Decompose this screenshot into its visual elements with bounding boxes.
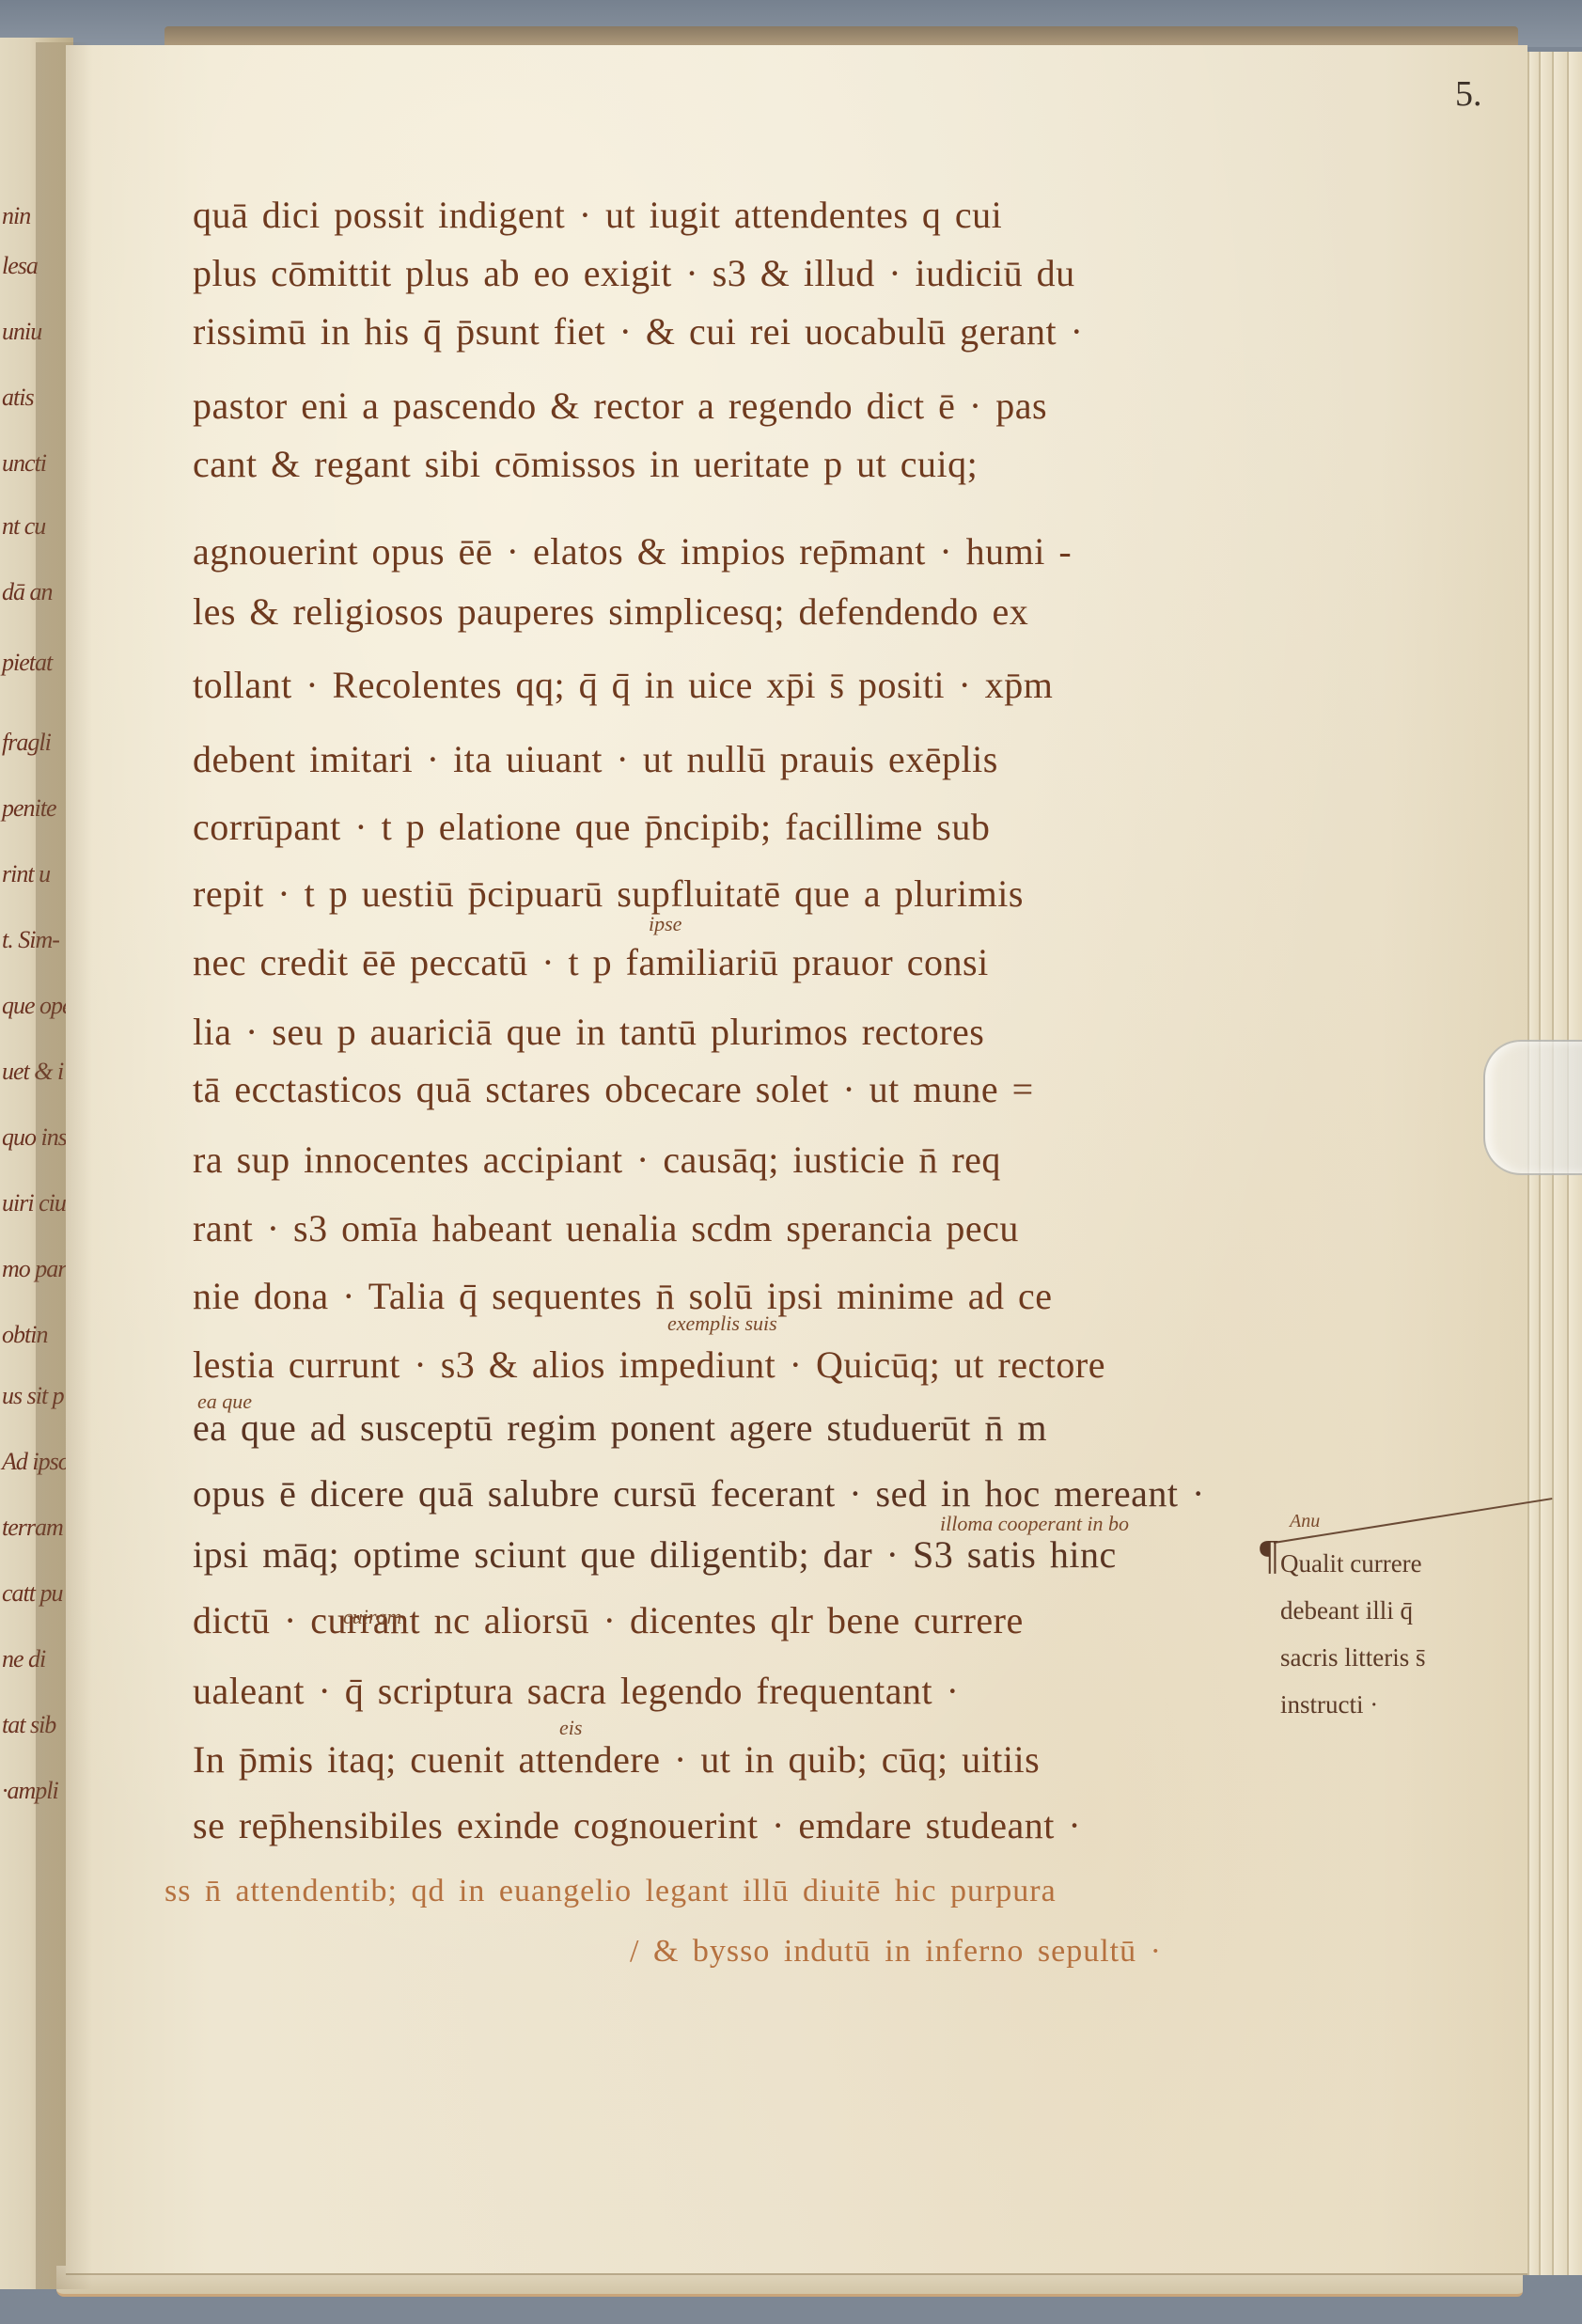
text-line: quā dici possit indigent · ut iugit atte… bbox=[193, 193, 1002, 237]
added-note-line: / & bysso indutū in inferno sepultū · bbox=[630, 1934, 1162, 1970]
text-line: pastor eni a pascendo & rector a regendo… bbox=[193, 384, 1047, 428]
text-line: debent imitari · ita uiuant · ut nullū p… bbox=[193, 737, 998, 781]
text-line: nie dona · Talia q̄ sequentes n̄ solū ip… bbox=[193, 1274, 1053, 1318]
text-line: cant & regant sibi cōmissos in ueritate … bbox=[193, 442, 978, 486]
margin-note-line: sacris litteris s̄ bbox=[1280, 1634, 1525, 1681]
left-page-text-fragment: nin bbox=[2, 202, 30, 230]
text-line: ipsi māq; optime sciunt que diligentib; … bbox=[193, 1532, 1117, 1577]
text-line: rissimū in his q̄ p̄sunt fiet · & cui re… bbox=[193, 309, 1083, 353]
gutter-shadow bbox=[36, 42, 92, 2289]
text-line: tā ecctasticos quā sctares obcecare sole… bbox=[193, 1067, 1034, 1111]
page-clip bbox=[1483, 1040, 1582, 1175]
left-page-text-fragment: atis bbox=[2, 384, 34, 412]
interlinear-gloss: exemplis suis bbox=[667, 1311, 777, 1336]
text-line: tollant · Recolentes qq; q̄ q̄ in uice x… bbox=[193, 663, 1053, 707]
text-line: In p̄mis itaq; cuenit attendere · ut in … bbox=[193, 1737, 1040, 1782]
margin-note-line: Qualit currere bbox=[1280, 1540, 1525, 1587]
text-line: se rep̄hensibiles exinde cognouerint · e… bbox=[193, 1803, 1081, 1847]
text-line: rant · s3 omīa habeant uenalia scdm sper… bbox=[193, 1206, 1019, 1250]
text-line: ea que ad susceptū regim ponent agere st… bbox=[193, 1405, 1047, 1450]
margin-note-line: debeant illi q̄ bbox=[1280, 1587, 1525, 1634]
paragraph-mark-icon: ¶ bbox=[1260, 1531, 1278, 1578]
text-line: les & religiosos pauperes simplicesq; de… bbox=[193, 589, 1028, 634]
text-line: plus cōmittit plus ab eo exigit · s3 & i… bbox=[193, 251, 1075, 295]
text-line: lestia currunt · s3 & alios impediunt · … bbox=[193, 1343, 1105, 1387]
interlinear-gloss: eis bbox=[559, 1716, 582, 1740]
text-line: dictū · currant nc aliorsū · dicentes ql… bbox=[193, 1598, 1024, 1642]
added-note-line: ss n̄ attendentib; qd in euangelio legan… bbox=[164, 1874, 1057, 1909]
interlinear-gloss: illoma cooperant in bo bbox=[940, 1512, 1129, 1536]
interlinear-gloss: ea que bbox=[197, 1390, 252, 1414]
text-line: agnouerint opus ēē · elatos & impios rep… bbox=[193, 529, 1072, 573]
left-page-text-fragment: lesa bbox=[2, 252, 38, 280]
folio-number: 5. bbox=[1455, 73, 1482, 115]
text-line: ualeant · q̄ scriptura sacra legendo fre… bbox=[193, 1669, 959, 1713]
text-line: opus ē dicere quā salubre cursū fecerant… bbox=[193, 1471, 1205, 1515]
text-line: nec credit ēē peccatū · t p familiariū p… bbox=[193, 940, 989, 984]
text-line: lia · seu p auariciā que in tantū plurim… bbox=[193, 1010, 984, 1054]
margin-note: Anu Qualit currere debeant illi q̄ sacri… bbox=[1280, 1518, 1525, 1728]
text-line: corrūpant · t p elatione que p̄ncipib; f… bbox=[193, 805, 990, 849]
text-line: repit · t p uestiū p̄cipuarū supfluitatē… bbox=[193, 871, 1024, 916]
text-line: ra sup innocentes accipiant · causāq; iu… bbox=[193, 1138, 1001, 1182]
margin-note-line: instructi · bbox=[1280, 1681, 1525, 1728]
interlinear-gloss: cuiram bbox=[343, 1605, 401, 1629]
interlinear-gloss: ipse bbox=[649, 912, 681, 936]
margin-note-prefix: Anu bbox=[1290, 1511, 1534, 1532]
